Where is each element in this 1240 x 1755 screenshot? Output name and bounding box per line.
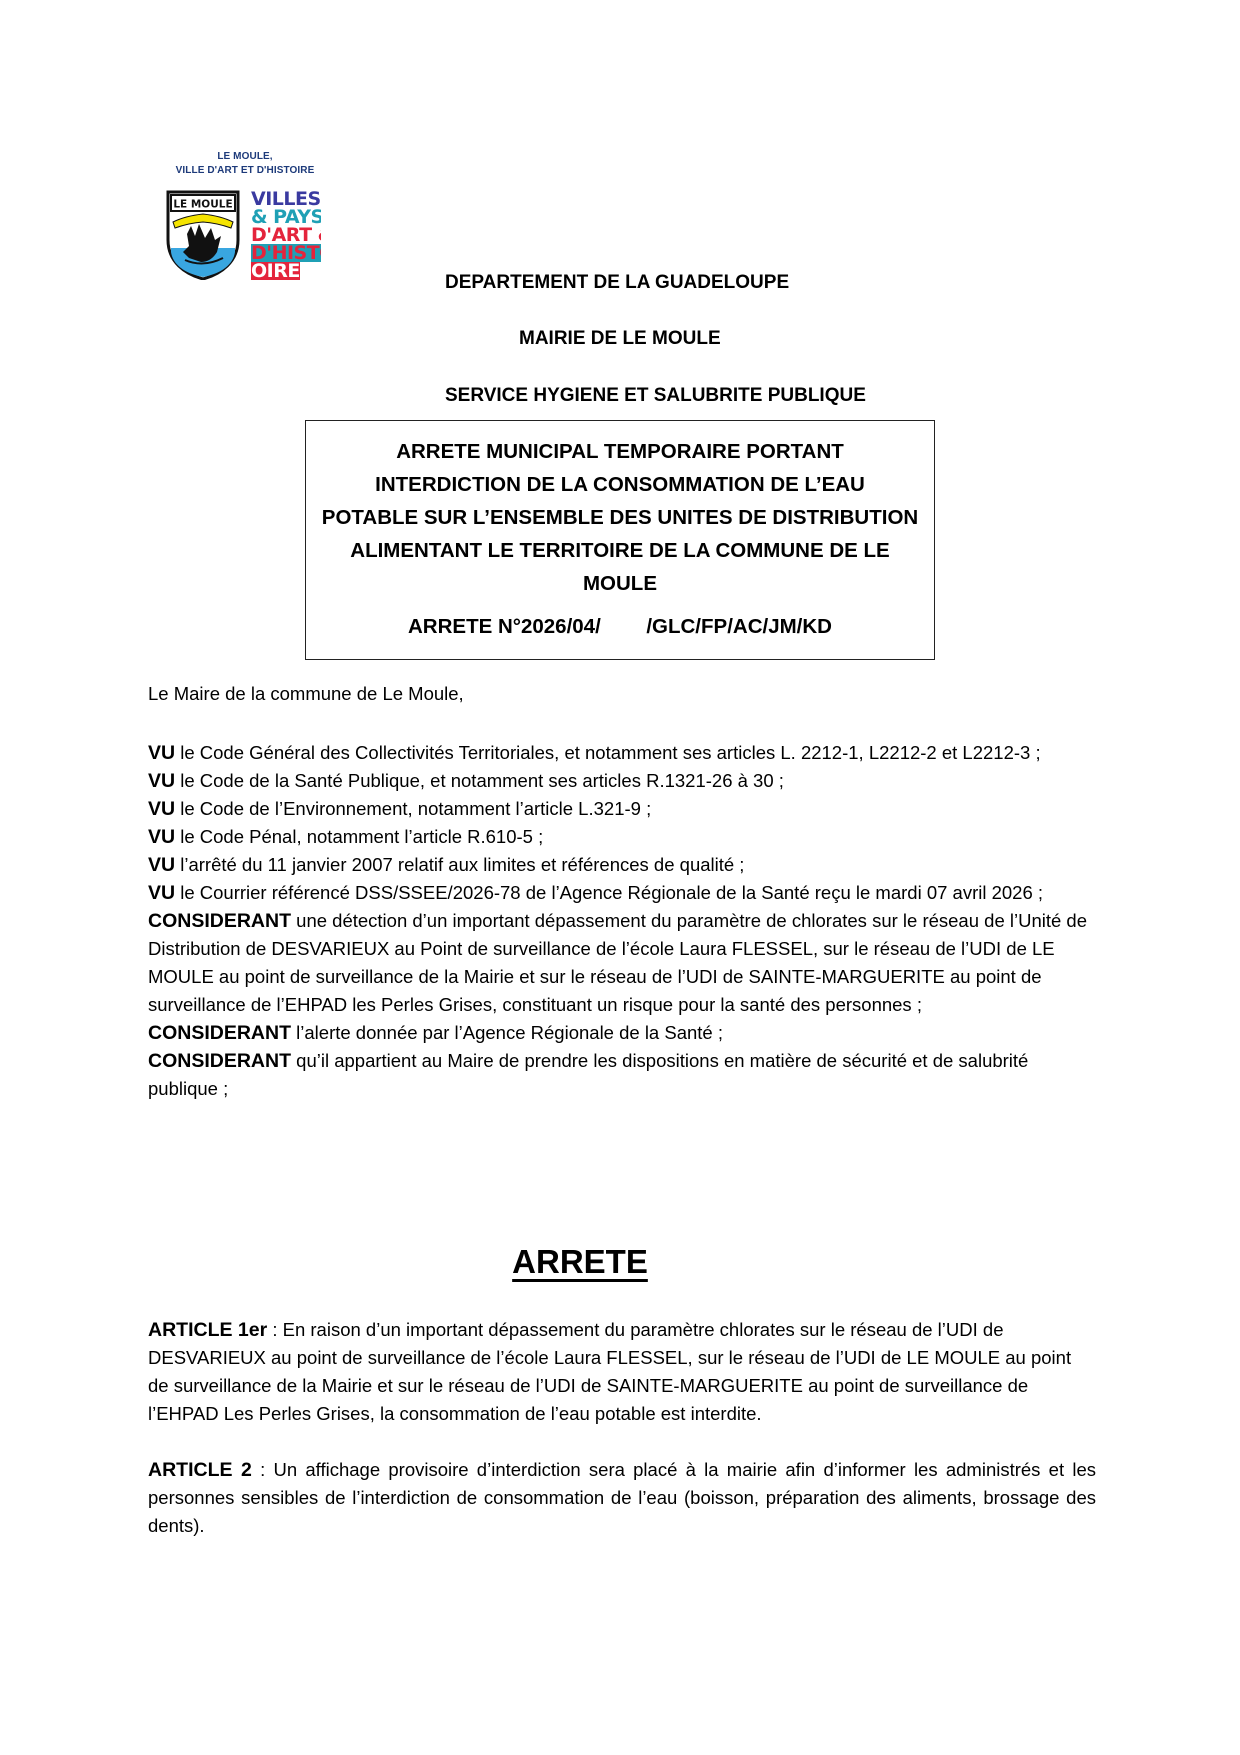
logo-caption-line1: LE MOULE, [155,150,335,164]
visa-lead: VU [148,854,175,876]
visa-text: le Code Général des Collectivités Territ… [175,742,1041,763]
visa-text: le Courrier référencé DSS/SSEE/2026-78 d… [175,882,1043,903]
visa-item: VU l’arrêté du 11 janvier 2007 relatif a… [148,851,1096,879]
article-2: ARTICLE 2 : Un affichage provisoire d’in… [148,1456,1096,1540]
considerant-item: CONSIDERANT l’alerte donnée par l’Agence… [148,1019,1096,1047]
visa-text: le Code de l’Environnement, notamment l’… [175,798,651,819]
visa-lead: VU [148,770,175,792]
logo-caption-line2: VILLE D'ART ET D'HISTOIRE [155,164,335,178]
article-text: : Un affichage provisoire d’interdiction… [148,1459,1096,1536]
article-paragraph: ARTICLE 2 : Un affichage provisoire d’in… [148,1456,1096,1540]
title-line: MOULE [306,567,934,600]
considerant-item: CONSIDERANT qu’il appartient au Maire de… [148,1047,1096,1103]
visa-item: VU le Code Général des Collectivités Ter… [148,739,1096,767]
visa-lead: VU [148,826,175,848]
article-paragraph: ARTICLE 1er : En raison d’un important d… [148,1316,1096,1428]
considerant-text: l’alerte donnée par l’Agence Régionale d… [291,1022,723,1043]
visa-item: VU le Courrier référencé DSS/SSEE/2026-7… [148,879,1096,907]
considerant-lead: CONSIDERANT [148,910,291,932]
visa-lead: VU [148,798,175,820]
label-line: OIRE [251,262,300,280]
visa-text: le Code de la Santé Publique, et notamme… [175,770,784,791]
article-text: : En raison d’un important dépassement d… [148,1319,1071,1424]
title-line: INTERDICTION DE LA CONSOMMATION DE L’EAU [306,468,934,501]
considerant-item: CONSIDERANT une détection d’un important… [148,907,1096,1019]
arrete-heading: ARRETE [0,1243,1160,1281]
visa-item: VU le Code Pénal, notamment l’article R.… [148,823,1096,851]
visa-text: le Code Pénal, notamment l’article R.610… [175,826,543,847]
decree-title-box: ARRETE MUNICIPAL TEMPORAIRE PORTANT INTE… [305,420,935,660]
villes-pays-art-histoire-label: VILLES & PAYS D'ART & D'HISTO OIRE [251,190,321,280]
article-lead: ARTICLE 2 [148,1459,252,1481]
article-lead: ARTICLE 1er [148,1319,267,1341]
visa-item: VU le Code de la Santé Publique, et nota… [148,767,1096,795]
mairie-heading: MAIRIE DE LE MOULE [519,328,721,350]
intro-text: Le Maire de la commune de Le Moule, [148,680,1096,708]
decree-title: ARRETE MUNICIPAL TEMPORAIRE PORTANT INTE… [306,435,934,600]
logo-block: LE MOULE, VILLE D'ART ET D'HISTOIRE LE M… [155,150,335,280]
title-line: ARRETE MUNICIPAL TEMPORAIRE PORTANT [306,435,934,468]
svg-text:LE MOULE: LE MOULE [173,199,232,211]
considerant-lead: CONSIDERANT [148,1050,291,1072]
document-page: LE MOULE, VILLE D'ART ET D'HISTOIRE LE M… [0,0,1240,1755]
le-moule-crest-icon: LE MOULE [165,190,241,280]
visas-list: VU le Code Général des Collectivités Ter… [148,739,1096,1103]
title-line: ALIMENTANT LE TERRITOIRE DE LA COMMUNE D… [306,534,934,567]
visa-text: l’arrêté du 11 janvier 2007 relatif aux … [175,854,744,875]
visa-item: VU le Code de l’Environnement, notamment… [148,795,1096,823]
visa-lead: VU [148,742,175,764]
article-1: ARTICLE 1er : En raison d’un important d… [148,1316,1096,1428]
considerant-lead: CONSIDERANT [148,1022,291,1044]
title-line: POTABLE SUR L’ENSEMBLE DES UNITES DE DIS… [306,501,934,534]
department-heading: DEPARTEMENT DE LA GUADELOUPE [445,272,789,294]
service-heading: SERVICE HYGIENE ET SALUBRITE PUBLIQUE [445,385,866,407]
decree-number: ARRETE N°2026/04/ /GLC/FP/AC/JM/KD [306,615,934,639]
visa-lead: VU [148,882,175,904]
